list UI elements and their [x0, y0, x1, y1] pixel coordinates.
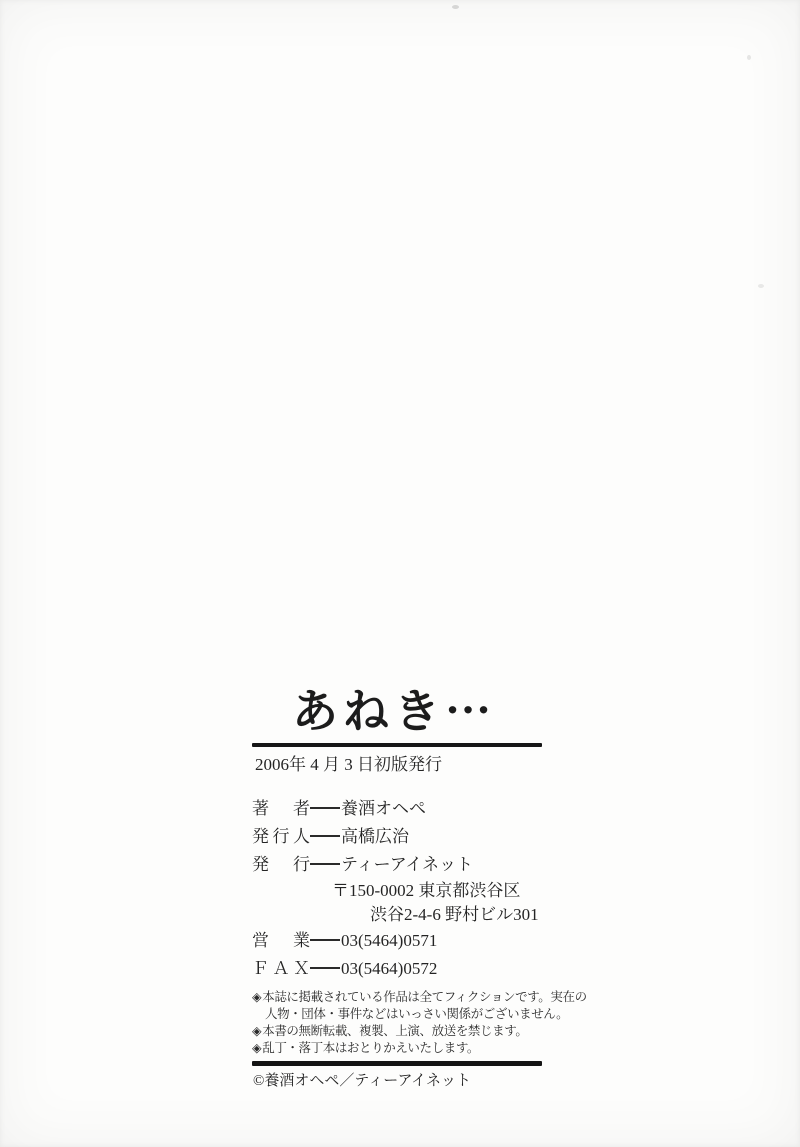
notice-text: 本誌に掲載されている作品は全てフィクションです。実在の [262, 990, 586, 1004]
diamond-bullet-icon: ◈ [252, 1024, 261, 1038]
dash-connector [310, 939, 340, 941]
author-label: 著 者 [252, 795, 310, 823]
bottom-divider-rule [252, 1061, 542, 1066]
scanned-colophon-page: あねき… 2006年 4 月 3 日初版発行 著 者養酒オヘペ 発行人高橋広治 … [0, 0, 800, 1147]
dash-connector [310, 807, 340, 809]
sales-phone-value: 03(5464)0571 [341, 931, 437, 950]
publisher-row: 発 行ティーアイネット [252, 851, 542, 879]
book-title-text: あねき [292, 686, 445, 737]
sales-phone-row: 営 業03(5464)0571 [252, 927, 542, 955]
issuer-row: 発行人高橋広治 [252, 823, 542, 851]
notice-text: 本書の無断転載、複製、上演、放送を禁じます。 [262, 1024, 527, 1038]
publisher-address-line-2: 渋谷2-4-6 野村ビル301 [252, 903, 542, 927]
book-title-ellipsis: … [445, 672, 498, 723]
notice-fiction-line-2: 人物・団体・事件などはいっさい関係がございません。 [252, 1006, 542, 1023]
notice-defective-copies: ◈乱丁・落丁本はおとりかえいたします。 [252, 1040, 542, 1057]
publisher-value: ティーアイネット [341, 855, 473, 874]
colophon-block: あねき… 2006年 4 月 3 日初版発行 著 者養酒オヘペ 発行人高橋広治 … [252, 686, 542, 1091]
notice-no-reproduction: ◈本書の無断転載、複製、上演、放送を禁じます。 [252, 1023, 542, 1040]
publisher-label: 発 行 [252, 851, 310, 879]
author-value: 養酒オヘペ [341, 799, 426, 818]
scan-speck [452, 5, 459, 9]
dash-connector [310, 835, 340, 837]
issuer-label: 発行人 [252, 823, 310, 851]
notice-fiction-line-1: ◈本誌に掲載されている作品は全てフィクションです。実在の [252, 989, 542, 1006]
diamond-bullet-icon: ◈ [252, 990, 261, 1004]
legal-notices: ◈本誌に掲載されている作品は全てフィクションです。実在の 人物・団体・事件などは… [252, 989, 542, 1057]
edition-date: 2006年 4 月 3 日初版発行 [252, 755, 542, 775]
publication-info: 著 者養酒オヘペ 発行人高橋広治 発 行ティーアイネット 〒150-0002 東… [252, 795, 542, 983]
title-divider-rule [252, 743, 542, 747]
issuer-value: 高橋広治 [341, 827, 409, 846]
diamond-bullet-icon: ◈ [252, 1041, 261, 1055]
scan-speck [758, 284, 764, 288]
scan-speck [747, 55, 751, 60]
fax-row: ＦＡＸ03(5464)0572 [252, 955, 542, 983]
sales-label: 営 業 [252, 927, 310, 955]
notice-text: 乱丁・落丁本はおとりかえいたします。 [262, 1041, 479, 1055]
publisher-address-line-1: 〒150-0002 東京都渋谷区 [252, 879, 542, 903]
fax-value: 03(5464)0572 [341, 959, 437, 978]
book-title: あねき… [252, 686, 542, 738]
notice-text: 人物・団体・事件などはいっさい関係がございません。 [265, 1007, 568, 1021]
dash-connector [310, 863, 340, 865]
copyright-notice: ©養酒オヘペ／ティーアイネット [252, 1071, 542, 1091]
fax-label: ＦＡＸ [252, 955, 310, 983]
dash-connector [310, 967, 340, 969]
author-row: 著 者養酒オヘペ [252, 795, 542, 823]
